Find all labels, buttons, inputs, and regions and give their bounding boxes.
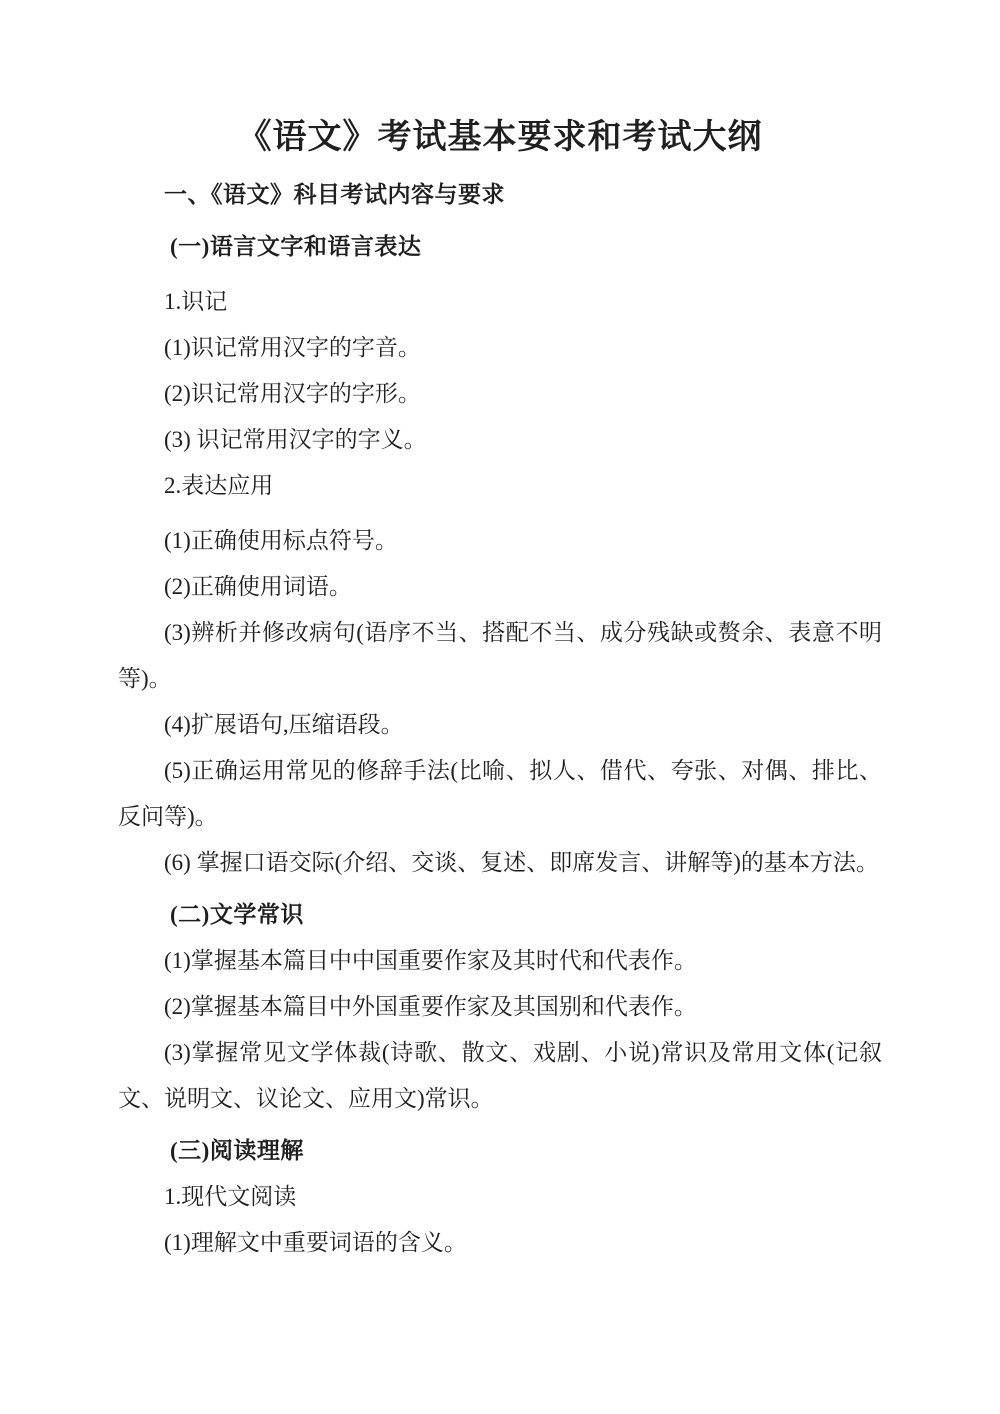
paragraph-item: 2.表达应用: [118, 463, 882, 509]
document-title: 《语文》考试基本要求和考试大纲: [118, 112, 882, 164]
paragraph-item: (4)扩展语句,压缩语段。: [118, 702, 882, 748]
paragraph-item: 1.现代文阅读: [118, 1174, 882, 1220]
subsection-heading-1: (一)语言文字和语言表达: [118, 224, 882, 270]
section-heading-1: 一、《语文》科目考试内容与要求: [118, 172, 882, 218]
subsection-heading-3: (三)阅读理解: [118, 1128, 882, 1174]
paragraph-item: (1)理解文中重要词语的含义。: [118, 1220, 882, 1266]
paragraph-item: (1)掌握基本篇目中中国重要作家及其时代和代表作。: [118, 938, 882, 984]
paragraph-item: (6) 掌握口语交际(介绍、交谈、复述、即席发言、讲解等)的基本方法。: [118, 840, 882, 886]
paragraph-item: (3) 识记常用汉字的字义。: [118, 417, 882, 463]
paragraph-item: (1)识记常用汉字的字音。: [118, 325, 882, 371]
paragraph-item: 1.识记: [118, 279, 882, 325]
paragraph-item: (2)掌握基本篇目中外国重要作家及其国别和代表作。: [118, 984, 882, 1030]
subsection-heading-2: (二)文学常识: [118, 892, 882, 938]
paragraph-item: (3)掌握常见文学体裁(诗歌、散文、戏剧、小说)常识及常用文体(记叙文、说明文、…: [118, 1030, 882, 1122]
paragraph-item: (1)正确使用标点符号。: [118, 518, 882, 564]
paragraph-item: (2)正确使用词语。: [118, 564, 882, 610]
document-page: 《语文》考试基本要求和考试大纲 一、《语文》科目考试内容与要求 (一)语言文字和…: [0, 0, 1000, 1414]
paragraph-item: (3)辨析并修改病句(语序不当、搭配不当、成分残缺或赘余、表意不明等)。: [118, 610, 882, 702]
paragraph-item: (2)识记常用汉字的字形。: [118, 371, 882, 417]
paragraph-item: (5)正确运用常见的修辞手法(比喻、拟人、借代、夸张、对偶、排比、反问等)。: [118, 748, 882, 840]
